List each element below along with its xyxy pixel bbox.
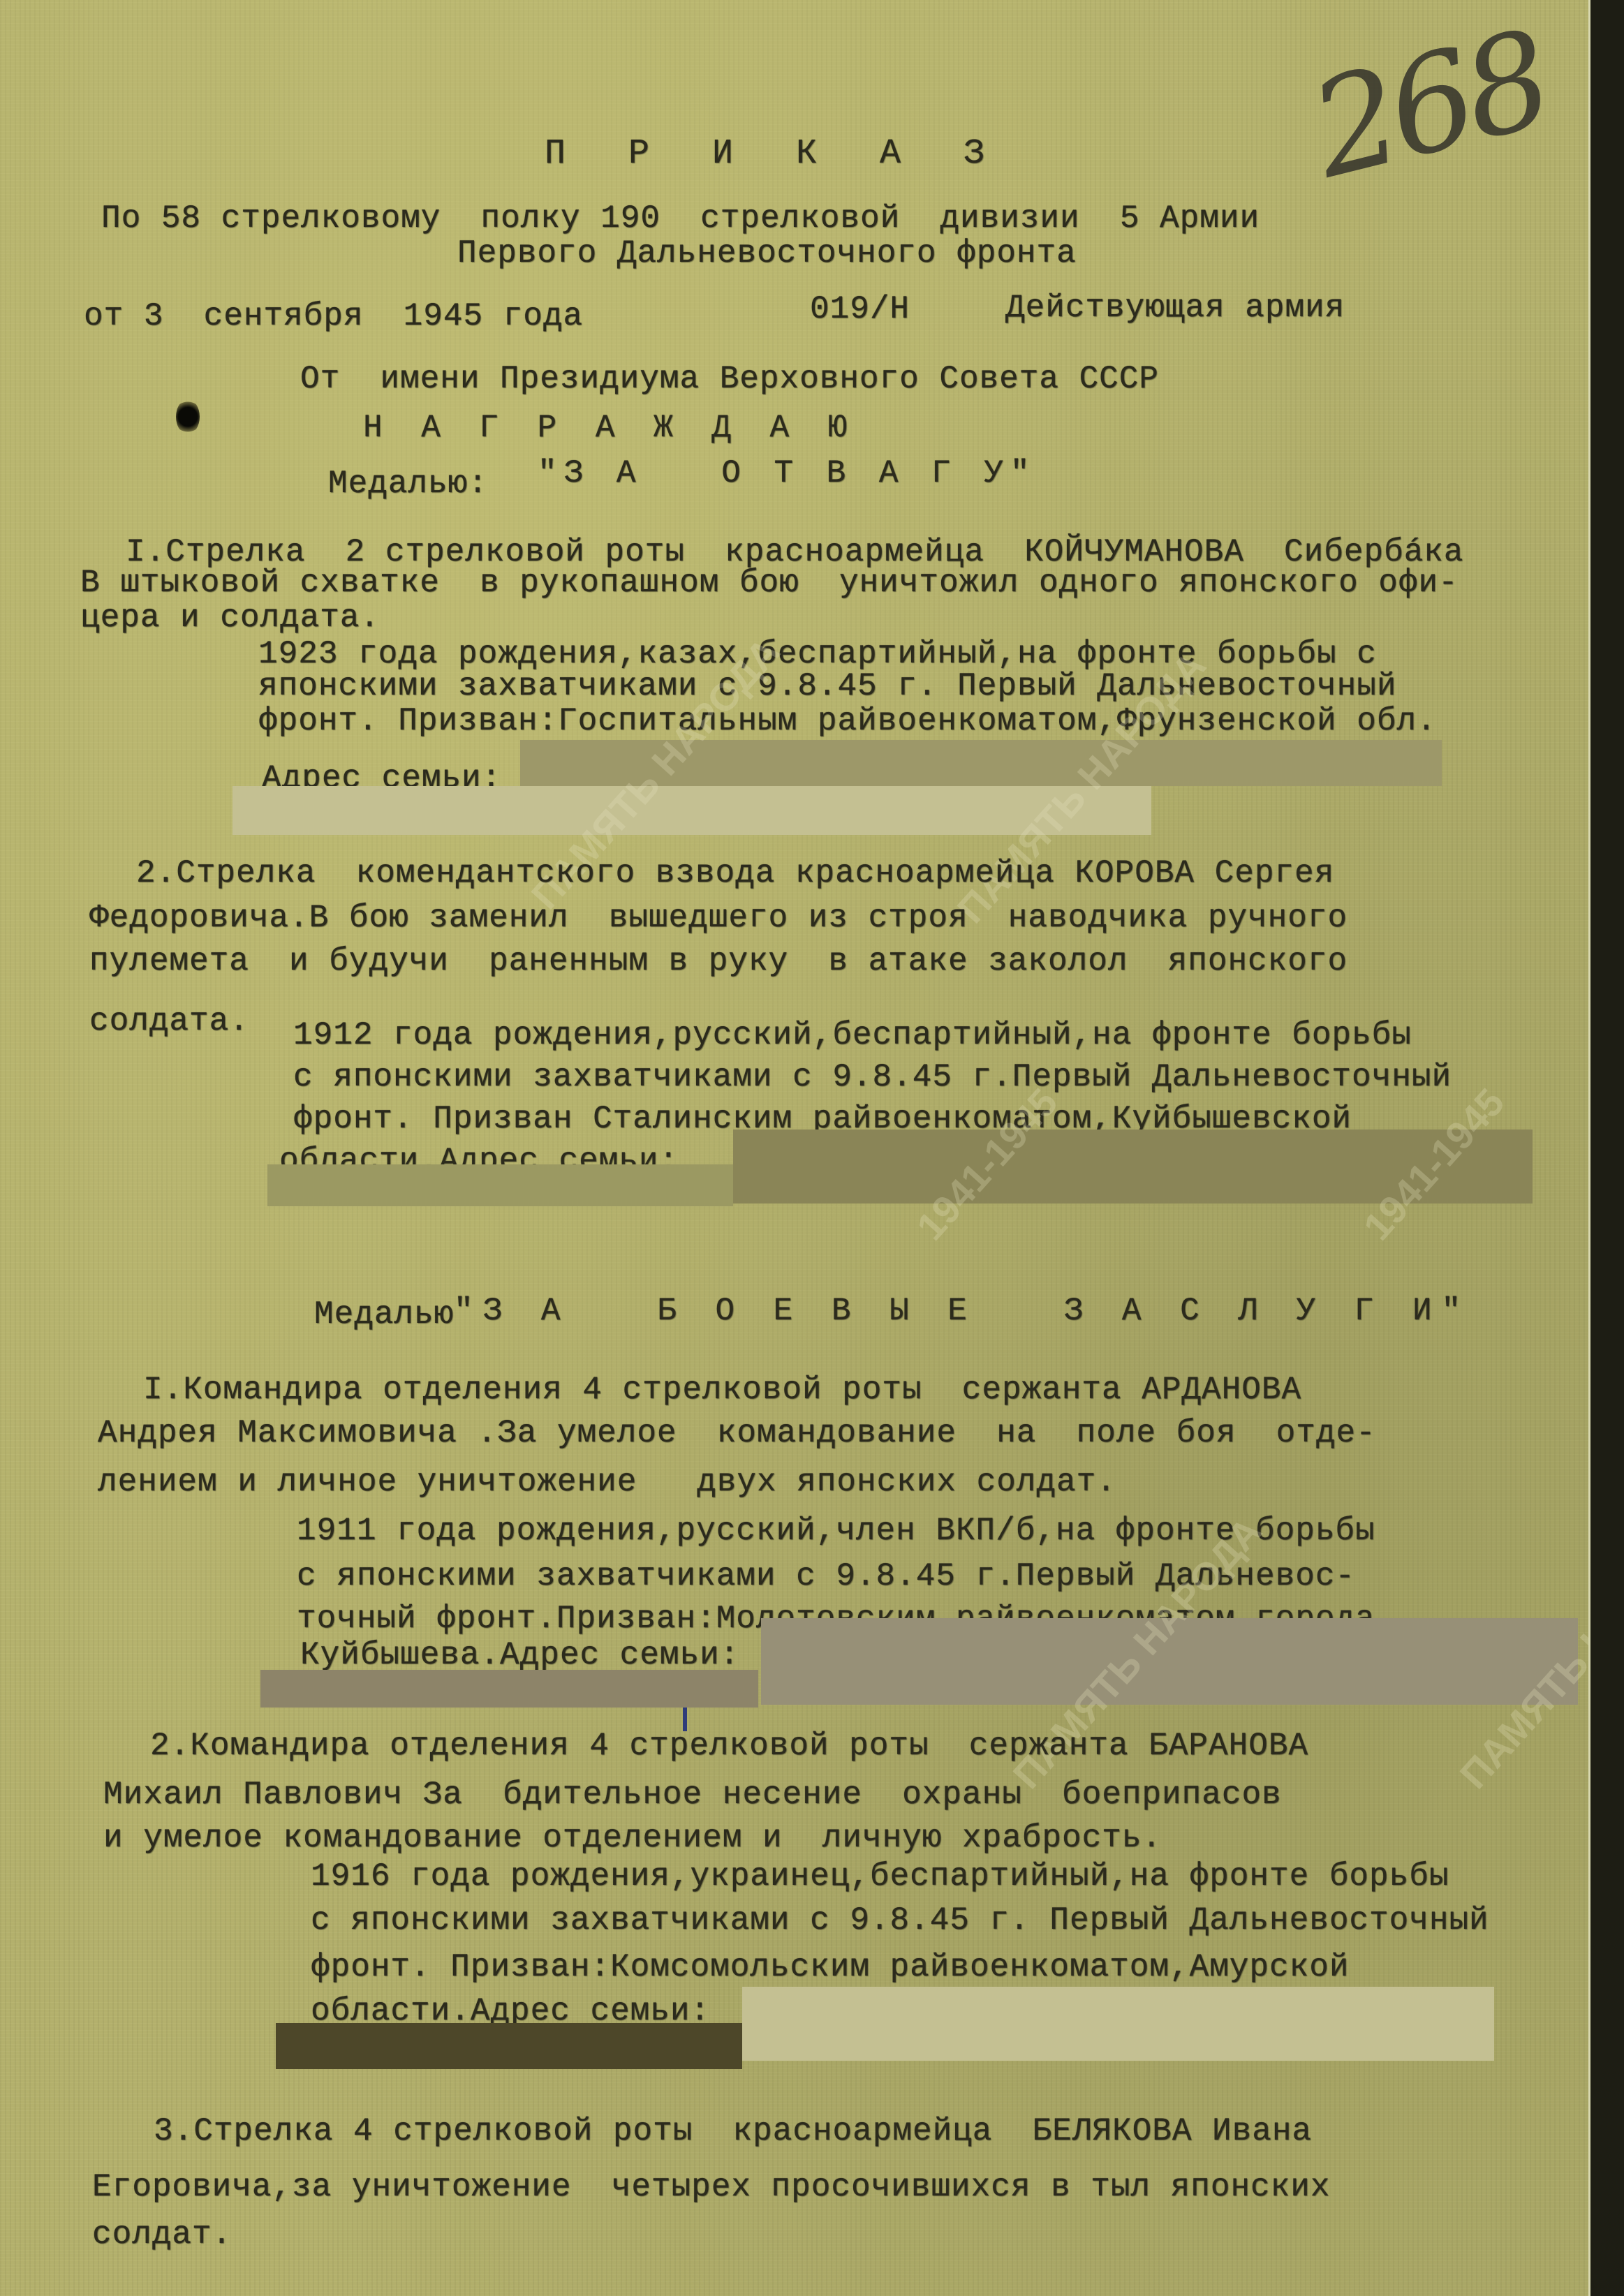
award-entry-line: и умелое командование отделением и личну… (103, 1822, 1162, 1854)
bio-line: с японскими захватчиками с 9.8.45 г. Пер… (311, 1904, 1489, 1936)
order-number: 019/Н (810, 293, 910, 325)
ink-mark (683, 1703, 687, 1731)
award-entry-line: солдата. (89, 1005, 249, 1037)
bio-line: японскими захватчиками с 9.8.45 г. Первы… (258, 670, 1396, 702)
award-entry-line: I.Стрелка 2 стрелковой роты красноармейц… (126, 536, 1464, 568)
bio-line: Куйбышева.Адрес семьи: (300, 1639, 739, 1671)
award-entry-line: лением и личное уничтожение двух японски… (98, 1466, 1116, 1498)
redaction-box (267, 1164, 733, 1206)
award-entry-line: I.Командира отделения 4 стрелковой роты … (143, 1374, 1301, 1406)
bio-line: фронт. Призван:Госпитальным райвоенкомат… (258, 705, 1437, 737)
punch-hole (176, 399, 200, 434)
award-entry-line: пулемета и будучи раненным в руку в атак… (89, 945, 1348, 977)
award-entry-line: солдат. (92, 2219, 232, 2251)
award-entry-line: цера и солдата. (80, 602, 380, 634)
order-location: Действующая армия (1005, 292, 1345, 324)
order-date: от 3 сентября 1945 года (84, 300, 583, 332)
award-entry-line: 2.Стрелка комендантского взвода красноар… (136, 857, 1334, 889)
award-entry-line: 3.Стрелка 4 стрелковой роты красноармейц… (154, 2115, 1312, 2147)
bio-line: 1912 года рождения,русский,беспартийный,… (293, 1019, 1412, 1051)
award-verb: Н А Г Р А Ж Д А Ю (363, 412, 857, 444)
scanned-document-page: 268 П Р И К А З По 58 стрелковому полку … (0, 0, 1588, 2296)
medal-name: "З А О Т В А Г У" (538, 457, 1037, 489)
scan-border (1588, 0, 1624, 2296)
redaction-box (232, 786, 1151, 835)
award-entry-line: В штыковой схватке в рукопашном бою унич… (80, 567, 1459, 599)
medal-label: Медалью: (328, 468, 488, 500)
award-entry-line: 2.Командира отделения 4 стрелковой роты … (150, 1730, 1308, 1762)
archive-page-number: 268 (1297, 2, 1560, 208)
header-unit-line: По 58 стрелковому полку 190 стрелковой д… (101, 202, 1260, 235)
redaction-box (276, 2023, 742, 2069)
medal-name: "З А Б О Е В Ы Е З А С Л У Г И" (454, 1295, 1470, 1327)
bio-line: с японскими захватчиками с 9.8.45 г.Перв… (293, 1061, 1452, 1093)
authority-line: От имени Президиума Верховного Совета СС… (300, 363, 1159, 395)
bio-line: фронт. Призван:Комсомольским райвоенкома… (311, 1951, 1349, 1983)
redaction-box (260, 1670, 758, 1708)
redaction-box (742, 1987, 1494, 2061)
award-entry-line: Федоровича.В бою заменил вышедшего из ст… (89, 902, 1348, 934)
medal-label: Медалью (314, 1298, 454, 1331)
award-entry-line: Андрея Максимовича .За умелое командован… (98, 1417, 1376, 1449)
bio-line: 1916 года рождения,украинец,беспартийный… (311, 1860, 1449, 1893)
bio-line: 1923 года рождения,казах,беспартийный,на… (258, 638, 1377, 670)
award-entry-line: Егоровича,за уничтожение четырех просочи… (92, 2171, 1330, 2203)
document-title: П Р И К А З (545, 137, 1005, 172)
award-entry-line: Михаил Павлович За бдительное несение ох… (103, 1779, 1282, 1811)
header-front-line: Первого Дальневосточного фронта (457, 237, 1077, 269)
